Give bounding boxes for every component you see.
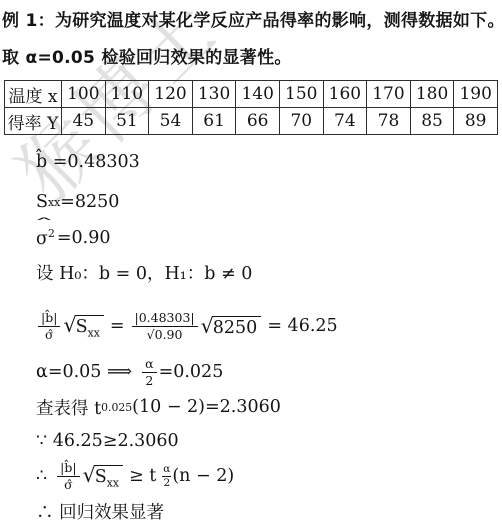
table-cell: 160 [323, 81, 367, 108]
fraction-numerator: |b̂| [57, 461, 79, 477]
sxx-value: =8250 [60, 192, 119, 212]
math-line-because: ∵ 46.25≥2.3060 [36, 429, 179, 453]
table-cell: 170 [367, 81, 411, 108]
math-line-therefore-inequality: ∴ |b̂| σ̂ √Sxx ≥ t α 2 (n − 2) [36, 454, 234, 498]
table-cell: 61 [192, 108, 236, 135]
fraction-numerator: α [162, 464, 171, 477]
table-cell: 140 [236, 81, 280, 108]
fraction-bhat-over-sigma: |b̂| σ̂ [57, 461, 79, 492]
table-row-temperature: 温度 x 100 110 120 130 140 150 160 170 180… [5, 81, 498, 108]
hat-accent: ˆ [33, 218, 55, 231]
ttable-value: (10 − 2)=2.3060 [132, 397, 281, 417]
table-cell: 70 [279, 108, 323, 135]
fraction-numerator: |b̂| [38, 311, 60, 327]
conclusion-text: ∴ 回归效果显著 [36, 499, 164, 524]
because-text: ∵ 46.25≥2.3060 [36, 431, 179, 451]
data-table: 温度 x 100 110 120 130 140 150 160 170 180… [4, 80, 498, 135]
t-subscript-alpha-over-2: α 2 [162, 464, 171, 488]
table-cell: 120 [149, 81, 193, 108]
sqrt-body-sub: xx [107, 476, 119, 489]
table-cell: 78 [367, 108, 411, 135]
sxx-base: S [36, 192, 48, 212]
result-value: = 46.25 [267, 316, 337, 336]
table-cell: 190 [454, 81, 498, 108]
t-subscript: 0.025 [101, 401, 132, 414]
table-cell: 74 [323, 108, 367, 135]
equals-sign: = [110, 316, 125, 336]
math-line-statistic: |b̂| σ̂ √Sxx = |0.48303| √0.90 √8250 = 4… [36, 302, 343, 350]
table-cell: 89 [454, 108, 498, 135]
fraction-alpha-over-2: α 2 [142, 357, 156, 388]
alpha-result: =0.025 [159, 362, 224, 382]
sqrt-body-s: S [76, 317, 88, 337]
table-cell: 100 [62, 81, 106, 108]
title-line-2: 取 α=0.05 检验回归效果的显著性。 [2, 43, 292, 68]
sqrt-8250: √8250 [201, 314, 262, 338]
title-line-1: 例 1：为研究温度对某化学反应产品得率的影响，测得数据如下。 [2, 6, 502, 31]
fraction-denominator: σ̂ [57, 477, 79, 492]
fraction-denominator: √0.90 [132, 327, 198, 342]
therefore-symbol: ∴ [36, 466, 47, 486]
table-cell: 51 [105, 108, 149, 135]
fraction-numerator: |0.48303| [132, 311, 198, 327]
ttable-pre: 查表得 t [36, 395, 101, 420]
document-page: 猴博士 例 1：为研究温度对某化学反应产品得率的影响，测得数据如下。 取 α=0… [0, 0, 502, 527]
fraction-denominator: 2 [162, 477, 171, 489]
sqrt-sxx: √Sxx [83, 463, 123, 490]
alpha-pre: α=0.05 ⟹ [36, 362, 132, 382]
row-header-yield: 得率 Y [5, 108, 62, 135]
fraction-denominator: σ̂ [38, 327, 60, 342]
math-line-alpha: α=0.05 ⟹ α 2 =0.025 [36, 352, 223, 392]
math-line-conclusion: ∴ 回归效果显著 [36, 499, 164, 523]
sxx-subscript: xx [48, 196, 60, 209]
table-cell: 45 [62, 108, 106, 135]
fraction-numeric: |0.48303| √0.90 [132, 311, 198, 342]
sigma-hat-squared: ˆσ2 [36, 227, 55, 249]
math-line-ttable: 查表得 t0.025(10 − 2)=2.3060 [36, 392, 281, 422]
table-cell: 180 [410, 81, 454, 108]
table-cell: 54 [149, 108, 193, 135]
fraction-numerator: α [142, 357, 156, 373]
table-cell: 130 [192, 81, 236, 108]
math-line-sigma: ˆσ2=0.90 [36, 224, 111, 252]
hypotheses-text: 设 H₀：b = 0，H₁：b ≠ 0 [36, 260, 252, 285]
geq-t: ≥ t [129, 466, 156, 486]
b-hat-equation: b̂ =0.48303 [36, 152, 140, 172]
table-cell: 66 [236, 108, 280, 135]
math-line-sxx: Sxx=8250 [36, 190, 119, 214]
sqrt-sxx: √Sxx [63, 313, 103, 340]
math-line-b-hat: b̂ =0.48303 [36, 150, 140, 174]
math-line-hypotheses: 设 H₀：b = 0，H₁：b ≠ 0 [36, 260, 252, 284]
fraction-bhat-over-sigma: |b̂| σ̂ [38, 311, 60, 342]
fraction-denominator: 2 [142, 373, 156, 388]
sqrt-body-s: S [95, 467, 107, 487]
row-header-temperature: 温度 x [5, 81, 62, 108]
sqrt-body-sub: xx [88, 326, 100, 339]
n-minus-2: (n − 2) [172, 466, 234, 486]
table-cell: 85 [410, 108, 454, 135]
table-cell: 150 [279, 81, 323, 108]
table-cell: 110 [105, 81, 149, 108]
sqrt-body-8250: 8250 [212, 316, 262, 338]
table-row-yield: 得率 Y 45 51 54 61 66 70 74 78 85 89 [5, 108, 498, 135]
sigma-value: =0.90 [57, 228, 111, 248]
